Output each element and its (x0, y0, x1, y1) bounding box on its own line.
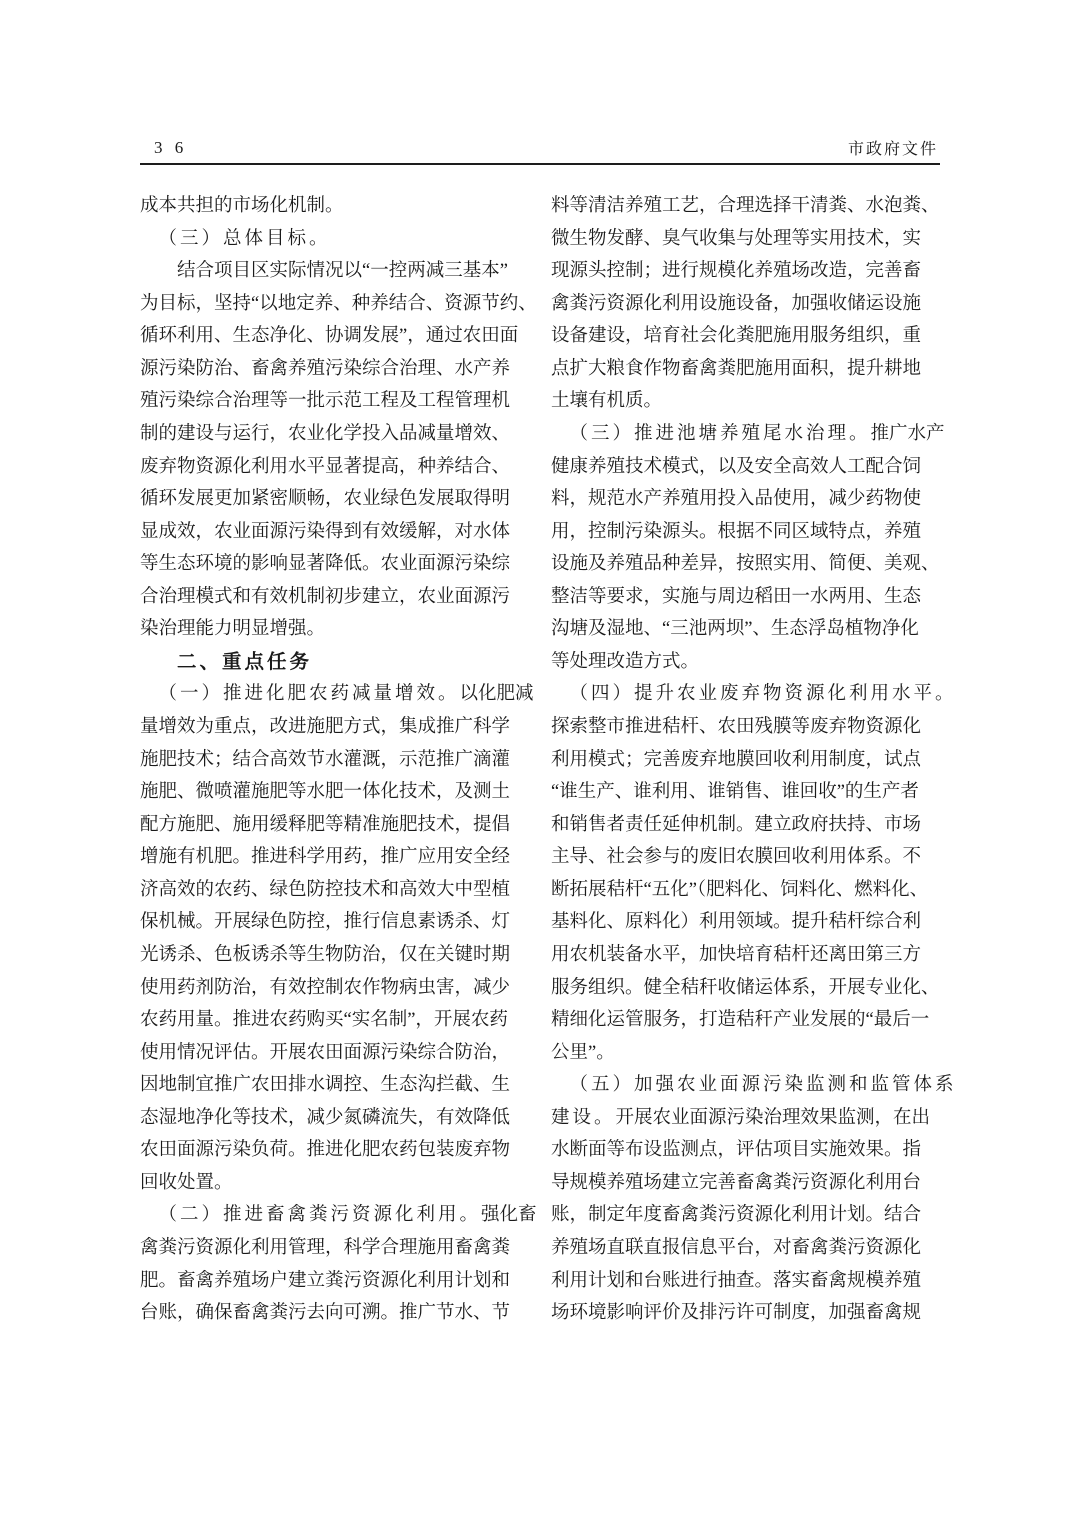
text-segment-body: 源污染防治、畜禽养殖污染综合治理、水产养 (140, 359, 510, 379)
text-segment-body: 现源头控制；进行规模化养殖场改造，完善畜 (551, 261, 921, 281)
text-segment-body: 健康养殖技术模式，以及安全高效人工配合饲 (551, 457, 921, 477)
text-line: 济高效的农药、绿色防控技术和高效大中型植 (140, 874, 540, 907)
text-segment-kai: （一）推进化肥农药减量增效。 (159, 684, 460, 704)
text-segment-body: 合治理模式和有效机制初步建立，农业面源污 (140, 587, 510, 607)
text-segment-body: 肥。畜禽养殖场户建立粪污资源化利用计划和 (140, 1271, 510, 1291)
text-segment-body: 保机械。开展绿色防控，推行信息素诱杀、灯 (140, 912, 510, 932)
text-segment-body: 断拓展秸杆“五化”（肥料化、饲料化、燃料化、 (551, 880, 928, 900)
text-line: （三）推进池塘养殖尾水治理。推广水产 (551, 418, 951, 451)
text-segment-body: 制的建设与运行，农业化学投入品减量增效、 (140, 424, 510, 444)
text-segment-body: 以化肥减 (460, 684, 534, 704)
text-line: 禽粪污资源化利用管理，科学合理施用畜禽粪 (140, 1232, 540, 1265)
text-segment-body: 等生态环境的影响显著降低。农业面源污染综 (140, 554, 510, 574)
text-line: 用，控制污染源头。根据不同区域特点，养殖 (551, 516, 951, 549)
text-segment-body: 服务组织。健全秸秆收储运体系，开展专业化、 (551, 978, 940, 998)
text-line: 循环利用、生态净化、协调发展”，通过农田面 (140, 320, 540, 353)
column-left: 成本共担的市场化机制。（三）总体目标。结合项目区实际情况以“一控两减三基本”为目… (140, 190, 540, 1330)
text-segment-body: 废弃物资源化利用水平显著提高，种养结合、 (140, 457, 510, 477)
text-segment-body: 循环发展更加紧密顺畅，农业绿色发展取得明 (140, 489, 510, 509)
text-segment-body: 开展农业面源污染治理效果监测，在出 (616, 1108, 931, 1128)
text-line: 台账，确保畜禽粪污去向可溯。推广节水、节 (140, 1297, 540, 1330)
text-segment-body: 场环境影响评价及排污许可制度，加强畜禽规 (551, 1303, 921, 1323)
text-line: 探索整市推进秸杆、农田残膜等废弃物资源化 (551, 711, 951, 744)
text-segment-kai: （三）总体目标。 (159, 229, 331, 249)
text-segment-body: 态湿地净化等技术，减少氮磷流失，有效降低 (140, 1108, 510, 1128)
text-line: 态湿地净化等技术，减少氮磷流失，有效降低 (140, 1102, 540, 1135)
text-segment-body: 量增效为重点，改进施肥方式，集成推广科学 (140, 717, 510, 737)
text-segment-body: 因地制宜推广农田排水调控、生态沟拦截、生 (140, 1075, 510, 1095)
text-segment-body: 设备建设，培育社会化粪肥施用服务组织，重 (551, 326, 921, 346)
text-segment-body: 循环利用、生态净化、协调发展”，通过农田面 (140, 326, 518, 346)
text-line: 沟塘及湿地、“三池两坝”、生态浮岛植物净化 (551, 613, 951, 646)
document-page: 3 6 市政府文件 成本共担的市场化机制。（三）总体目标。结合项目区实际情况以“… (0, 0, 1074, 1520)
text-segment-body: 养殖场直联直报信息平台，对畜禽粪污资源化 (551, 1238, 921, 1258)
text-segment-body: 农药用量。推进农药购买“实名制”，开展农药 (140, 1010, 508, 1030)
text-segment-body: 施肥技术；结合高效节水灌溉，示范推广滴灌 (140, 750, 510, 770)
text-line: 成本共担的市场化机制。 (140, 190, 540, 223)
text-line: 断拓展秸杆“五化”（肥料化、饲料化、燃料化、 (551, 874, 951, 907)
text-segment-body: 导规模养殖场建立完善畜禽粪污资源化利用台 (551, 1173, 921, 1193)
text-segment-body: 探索整市推进秸杆、农田残膜等废弃物资源化 (551, 717, 921, 737)
text-line: 农田面源污染负荷。推进化肥农药包装废弃物 (140, 1134, 540, 1167)
text-line: 源污染防治、畜禽养殖污染综合治理、水产养 (140, 353, 540, 386)
text-line: 建设。开展农业面源污染治理效果监测，在出 (551, 1102, 951, 1135)
text-line: 料等清洁养殖工艺，合理选择干清粪、水泡粪、 (551, 190, 951, 223)
text-line: 肥。畜禽养殖场户建立粪污资源化利用计划和 (140, 1265, 540, 1298)
text-line: （四）提升农业废弃物资源化利用水平。 (551, 678, 951, 711)
text-line: “谁生产、谁利用、谁销售、谁回收”的生产者 (551, 776, 951, 809)
text-line: 等生态环境的影响显著降低。农业面源污染综 (140, 548, 540, 581)
text-segment-kai: （四）提升农业废弃物资源化利用水平。 (570, 684, 957, 704)
text-segment-body: 成本共担的市场化机制。 (140, 196, 344, 216)
text-line: 导规模养殖场建立完善畜禽粪污资源化利用台 (551, 1167, 951, 1200)
text-line: 施肥、微喷灌施肥等水肥一体化技术，及测土 (140, 776, 540, 809)
text-line: 设备建设，培育社会化粪肥施用服务组织，重 (551, 320, 951, 353)
text-line: 账，制定年度畜禽粪污资源化利用计划。结合 (551, 1199, 951, 1232)
text-line: 废弃物资源化利用水平显著提高，种养结合、 (140, 451, 540, 484)
text-line: 染治理能力明显增强。 (140, 613, 540, 646)
text-segment-body: 料等清洁养殖工艺，合理选择干清粪、水泡粪、 (551, 196, 940, 216)
text-line: 为目标，坚持“以地定养、种养结合、资源节约、 (140, 288, 540, 321)
text-segment-body: 殖污染综合治理等一批示范工程及工程管理机 (140, 391, 510, 411)
text-segment-body: 整洁等要求，实施与周边稻田一水两用、生态 (551, 587, 921, 607)
text-segment-body: 增施有机肥。推进科学用药，推广应用安全经 (140, 847, 510, 867)
text-line: 养殖场直联直报信息平台，对畜禽粪污资源化 (551, 1232, 951, 1265)
text-segment-body: 用，控制污染源头。根据不同区域特点，养殖 (551, 522, 921, 542)
text-line: （五）加强农业面源污染监测和监管体系 (551, 1069, 951, 1102)
header-rule (140, 163, 940, 165)
text-segment-body: 染治理能力明显增强。 (140, 619, 325, 639)
text-line: 设施及养殖品种差异，按照实用、简便、美观、 (551, 548, 951, 581)
text-line: 点扩大粮食作物畜禽粪肥施用面积，提升耕地 (551, 353, 951, 386)
text-segment-body: 用农机装备水平，加快培育秸杆还离田第三方 (551, 945, 921, 965)
text-line: （一）推进化肥农药减量增效。以化肥减 (140, 678, 540, 711)
text-segment-body: 和销售者责任延伸机制。建立政府扶持、市场 (551, 815, 921, 835)
page-number: 3 6 (154, 138, 187, 158)
text-line: 循环发展更加紧密顺畅，农业绿色发展取得明 (140, 483, 540, 516)
text-segment-body: 使用情况评估。开展农田面源污染综合防治， (140, 1043, 510, 1063)
text-segment-body: 使用药剂防治，有效控制农作物病虫害，减少 (140, 978, 510, 998)
text-line: 微生物发酵、臭气收集与处理等实用技术，实 (551, 223, 951, 256)
text-line: 服务组织。健全秸秆收储运体系，开展专业化、 (551, 972, 951, 1005)
text-segment-hei: 二、重点任务 (177, 651, 312, 673)
header-doc-type-label: 市政府文件 (848, 136, 938, 159)
text-line: 公里”。 (551, 1037, 951, 1070)
text-line: 健康养殖技术模式，以及安全高效人工配合饲 (551, 451, 951, 484)
text-segment-kai: （二）推进畜禽粪污资源化利用。 (159, 1205, 482, 1225)
text-segment-body: 账，制定年度畜禽粪污资源化利用计划。结合 (551, 1205, 921, 1225)
text-line: 利用模式；完善废弃地膜回收利用制度，试点 (551, 744, 951, 777)
text-segment-body: 回收处置。 (140, 1173, 233, 1193)
text-segment-body: 水断面等布设监测点，评估项目实施效果。指 (551, 1140, 921, 1160)
text-segment-body: 点扩大粮食作物畜禽粪肥施用面积，提升耕地 (551, 359, 921, 379)
text-segment-body: 台账，确保畜禽粪污去向可溯。推广节水、节 (140, 1303, 510, 1323)
column-right: 料等清洁养殖工艺，合理选择干清粪、水泡粪、微生物发酵、臭气收集与处理等实用技术，… (551, 190, 951, 1330)
text-segment-body: 强化畜 (481, 1205, 537, 1225)
text-line: 制的建设与运行，农业化学投入品减量增效、 (140, 418, 540, 451)
text-segment-body: 沟塘及湿地、“三池两坝”、生态浮岛植物净化 (551, 619, 919, 639)
text-segment-body: 农田面源污染负荷。推进化肥农药包装废弃物 (140, 1140, 510, 1160)
text-segment-body: 为目标，坚持“以地定养、种养结合、资源节约、 (140, 294, 537, 314)
text-segment-body: 土壤有机质。 (551, 391, 662, 411)
text-segment-body: 公里”。 (551, 1043, 615, 1063)
text-line: 用农机装备水平，加快培育秸杆还离田第三方 (551, 939, 951, 972)
text-line: 因地制宜推广农田排水调控、生态沟拦截、生 (140, 1069, 540, 1102)
text-segment-body: 微生物发酵、臭气收集与处理等实用技术，实 (551, 229, 921, 249)
text-line: 二、重点任务 (140, 646, 540, 679)
text-line: 增施有机肥。推进科学用药，推广应用安全经 (140, 841, 540, 874)
text-segment-kai: 建设。 (551, 1108, 616, 1128)
text-line: 水断面等布设监测点，评估项目实施效果。指 (551, 1134, 951, 1167)
text-segment-body: 禽粪污资源化利用管理，科学合理施用畜禽粪 (140, 1238, 510, 1258)
text-line: （二）推进畜禽粪污资源化利用。强化畜 (140, 1199, 540, 1232)
text-segment-body: 禽粪污资源化利用设施设备，加强收储运设施 (551, 294, 921, 314)
text-line: 土壤有机质。 (551, 385, 951, 418)
text-line: 农药用量。推进农药购买“实名制”，开展农药 (140, 1004, 540, 1037)
text-line: 基料化、原料化）利用领域。提升秸杆综合利 (551, 906, 951, 939)
text-segment-body: 济高效的农药、绿色防控技术和高效大中型植 (140, 880, 510, 900)
text-line: 禽粪污资源化利用设施设备，加强收储运设施 (551, 288, 951, 321)
text-segment-body: 料，规范水产养殖用投入品使用，减少药物使 (551, 489, 921, 509)
text-segment-body: 显成效，农业面源污染得到有效缓解，对水体 (140, 522, 510, 542)
text-line: 场环境影响评价及排污许可制度，加强畜禽规 (551, 1297, 951, 1330)
text-line: 合治理模式和有效机制初步建立，农业面源污 (140, 581, 540, 614)
text-line: 回收处置。 (140, 1167, 540, 1200)
text-line: 配方施肥、施用缓释肥等精准施肥技术，提倡 (140, 809, 540, 842)
text-segment-body: 利用计划和台账进行抽查。落实畜禽规模养殖 (551, 1271, 921, 1291)
text-line: 殖污染综合治理等一批示范工程及工程管理机 (140, 385, 540, 418)
text-line: 光诱杀、色板诱杀等生物防治，仅在关键时期 (140, 939, 540, 972)
text-line: 精细化运管服务，打造秸秆产业发展的“最后一 (551, 1004, 951, 1037)
text-segment-body: 光诱杀、色板诱杀等生物防治，仅在关键时期 (140, 945, 510, 965)
text-segment-body: 设施及养殖品种差异，按照实用、简便、美观、 (551, 554, 940, 574)
text-segment-body: “谁生产、谁利用、谁销售、谁回收”的生产者 (551, 782, 919, 802)
text-segment-body: 推广水产 (871, 424, 945, 444)
text-segment-body: 利用模式；完善废弃地膜回收利用制度，试点 (551, 750, 921, 770)
text-line: （三）总体目标。 (140, 223, 540, 256)
text-line: 主导、社会参与的废旧农膜回收利用体系。不 (551, 841, 951, 874)
text-line: 使用药剂防治，有效控制农作物病虫害，减少 (140, 972, 540, 1005)
text-segment-body: 施肥、微喷灌施肥等水肥一体化技术，及测土 (140, 782, 510, 802)
text-segment-kai: （三）推进池塘养殖尾水治理。 (570, 424, 871, 444)
text-line: 等处理改造方式。 (551, 646, 951, 679)
text-segment-body: 精细化运管服务，打造秸秆产业发展的“最后一 (551, 1010, 929, 1030)
text-line: 整洁等要求，实施与周边稻田一水两用、生态 (551, 581, 951, 614)
text-segment-body: 配方施肥、施用缓释肥等精准施肥技术，提倡 (140, 815, 510, 835)
text-line: 现源头控制；进行规模化养殖场改造，完善畜 (551, 255, 951, 288)
text-line: 料，规范水产养殖用投入品使用，减少药物使 (551, 483, 951, 516)
text-line: 显成效，农业面源污染得到有效缓解，对水体 (140, 516, 540, 549)
text-line: 和销售者责任延伸机制。建立政府扶持、市场 (551, 809, 951, 842)
text-line: 施肥技术；结合高效节水灌溉，示范推广滴灌 (140, 744, 540, 777)
text-line: 利用计划和台账进行抽查。落实畜禽规模养殖 (551, 1265, 951, 1298)
text-segment-body: 结合项目区实际情况以“一控两减三基本” (177, 261, 508, 281)
text-segment-kai: （五）加强农业面源污染监测和监管体系 (570, 1075, 957, 1095)
text-line: 保机械。开展绿色防控，推行信息素诱杀、灯 (140, 906, 540, 939)
text-line: 量增效为重点，改进施肥方式，集成推广科学 (140, 711, 540, 744)
text-line: 结合项目区实际情况以“一控两减三基本” (140, 255, 540, 288)
text-segment-body: 基料化、原料化）利用领域。提升秸杆综合利 (551, 912, 921, 932)
text-segment-body: 等处理改造方式。 (551, 652, 699, 672)
text-segment-body: 主导、社会参与的废旧农膜回收利用体系。不 (551, 847, 921, 867)
text-line: 使用情况评估。开展农田面源污染综合防治， (140, 1037, 540, 1070)
